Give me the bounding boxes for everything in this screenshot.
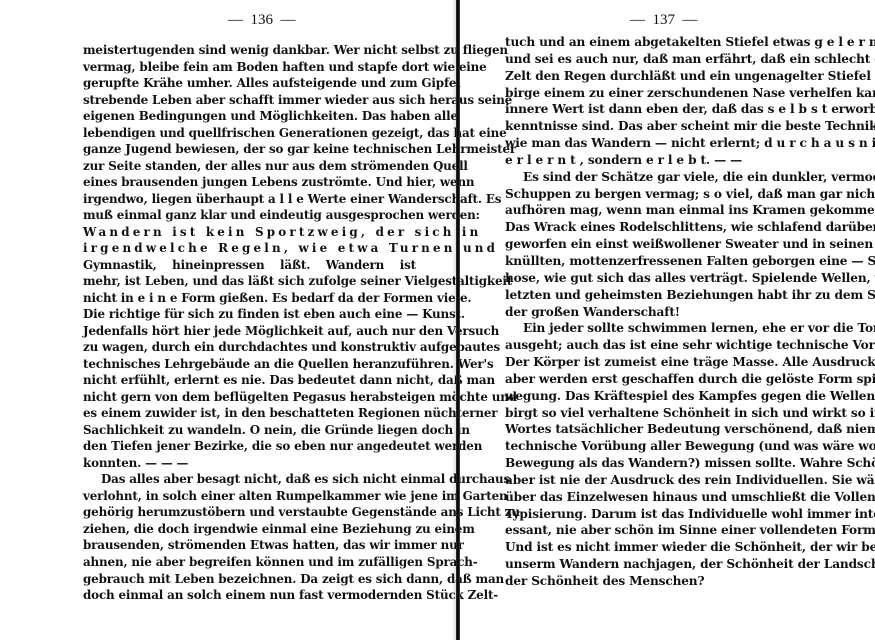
text-line: kenntnisse sind. Das aber scheint mir di… xyxy=(505,118,840,135)
text-line: nicht in e i n e Form gießen. Es bedarf … xyxy=(83,290,416,307)
text-line: brausenden, strömenden Etwas hatten, das… xyxy=(83,537,416,554)
text-line: aufhören mag, wenn man einmal ins Kramen… xyxy=(505,202,840,219)
text-line: Zelt den Regen durchläßt und ein ungenag… xyxy=(505,68,840,85)
text-line: Gymnastik, hineinpressen läßt. Wandern i… xyxy=(83,257,416,274)
text-line: ganze Jugend bewiesen, der so gar keine … xyxy=(83,141,416,158)
left-page-text: meistertugenden sind wenig dankbar. Wer … xyxy=(83,42,416,604)
book-gutter xyxy=(456,0,460,640)
text-line: knüllten, mottenzerfressenen Falten gebo… xyxy=(505,253,840,270)
text-line: konnten. — — — xyxy=(83,455,416,472)
text-line: Und ist es nicht immer wieder die Schönh… xyxy=(505,539,840,556)
text-line: zur Seite standen, der alles nur aus dem… xyxy=(83,158,416,175)
text-line: es einem zuwider ist, in den beschattete… xyxy=(83,405,416,422)
text-line: essant, nie aber schön im Sinne einer vo… xyxy=(505,522,840,539)
text-line: der großen Wanderschaft! xyxy=(505,304,840,321)
text-line: Schuppen zu bergen vermag; s o viel, daß… xyxy=(505,186,840,203)
text-line: nicht gern von dem beflügelten Pegasus h… xyxy=(83,389,416,406)
text-line: Das Wrack eines Rodelschlittens, wie sch… xyxy=(505,219,840,236)
text-line: über das Einzelwesen hinaus und umschlie… xyxy=(505,489,840,506)
text-line: Typisierung. Darum ist das Individuelle … xyxy=(505,506,840,523)
right-page: — 137 — tuch und an einem abgetakelten S… xyxy=(462,0,875,640)
text-line: letzten und geheimsten Beziehungen habt … xyxy=(505,287,840,304)
text-line: meistertugenden sind wenig dankbar. Wer … xyxy=(83,42,416,59)
text-line: nicht erfühlt, erlernt es nie. Das bedeu… xyxy=(83,372,416,389)
text-line: aber ist nie der Ausdruck des rein Indiv… xyxy=(505,472,840,489)
text-line: zu wagen, durch ein durchdachtes und kon… xyxy=(83,339,416,356)
text-line: den Tiefen jener Bezirke, die so eben nu… xyxy=(83,438,416,455)
text-line: Sachlichkeit zu wandeln. O nein, die Grü… xyxy=(83,422,416,439)
text-line: tuch und an einem abgetakelten Stiefel e… xyxy=(505,34,840,51)
text-line: Wandern ist kein Sportzweig, der sich in xyxy=(83,224,416,241)
text-line: mehr, ist Leben, und das läßt sich zufol… xyxy=(83,273,416,290)
text-line: wie man das Wandern — nicht erlernt; d u… xyxy=(505,135,840,152)
text-line: eines brausenden jungen Lebens zuströmte… xyxy=(83,174,416,191)
text-line: hose, wie gut sich das alles verträgt. S… xyxy=(505,270,840,287)
text-line: Jedenfalls hört hier jede Möglichkeit au… xyxy=(83,323,416,340)
text-line: Bewegung als das Wandern?) missen sollte… xyxy=(505,455,840,472)
text-line: aber werden erst geschaffen durch die ge… xyxy=(505,371,840,388)
text-line: eigenen Bedingungen und Möglichkeiten. D… xyxy=(83,108,416,125)
text-line: technische Vorübung aller Bewegung (und … xyxy=(505,438,840,455)
page-number-left: — 136 — xyxy=(228,12,296,29)
text-line: ahnen, nie aber begreifen können und im … xyxy=(83,554,416,571)
right-page-text: tuch und an einem abgetakelten Stiefel e… xyxy=(505,34,840,590)
text-line: gebrauch mit Leben bezeichnen. Da zeigt … xyxy=(83,571,416,588)
text-line: Es sind der Schätze gar viele, die ein d… xyxy=(505,169,840,186)
text-line: Ein jeder sollte schwimmen lernen, ehe e… xyxy=(505,320,840,337)
text-line: e r l e r n t , sondern e r l e b t. — — xyxy=(505,152,840,169)
text-line: ziehen, die doch irgendwie einmal eine B… xyxy=(83,521,416,538)
text-line: und sei es auch nur, daß man erfährt, da… xyxy=(505,51,840,68)
text-line: unserm Wandern nachjagen, der Schönheit … xyxy=(505,556,840,573)
text-line: geworfen ein einst weißwollener Sweater … xyxy=(505,236,840,253)
text-line: Die richtige für sich zu finden ist eben… xyxy=(83,306,416,323)
page-number-right: — 137 — xyxy=(630,12,698,29)
text-line: verlohnt, in solch einer alten Rumpelkam… xyxy=(83,488,416,505)
text-line: irgendwo, liegen überhaupt a l l e Werte… xyxy=(83,191,416,208)
text-line: gehörig herumzustöbern und verstaubte Ge… xyxy=(83,504,416,521)
left-page: — 136 — meistertugenden sind wenig dankb… xyxy=(0,0,456,640)
text-line: wegung. Das Kräftespiel des Kampfes gege… xyxy=(505,388,840,405)
text-line: vermag, bleibe fein am Boden haften und … xyxy=(83,59,416,76)
text-line: irgendwelche Regeln, wie etwa Turnen und xyxy=(83,240,416,257)
text-line: ausgeht; auch das ist eine sehr wichtige… xyxy=(505,337,840,354)
text-line: birgt so viel verhaltene Schönheit in si… xyxy=(505,405,840,422)
text-line: gerupfte Krähe umher. Alles aufsteigende… xyxy=(83,75,416,92)
text-line: birge einem zu einer zerschundenen Nase … xyxy=(505,85,840,102)
text-line: doch einmal an solch einem nun fast verm… xyxy=(83,587,416,604)
text-line: lebendigen und quellfrischen Generatione… xyxy=(83,125,416,142)
text-line: Der Körper ist zumeist eine träge Masse.… xyxy=(505,354,840,371)
text-line: der Schönheit des Menschen? xyxy=(505,573,840,590)
text-line: strebende Leben aber schafft immer wiede… xyxy=(83,92,416,109)
text-line: Das alles aber besagt nicht, daß es sich… xyxy=(83,471,416,488)
text-line: technisches Lehrgebäude an die Quellen h… xyxy=(83,356,416,373)
text-line: innere Wert ist dann eben der, daß das s… xyxy=(505,101,840,118)
text-line: muß einmal ganz klar und eindeutig ausge… xyxy=(83,207,416,224)
text-line: Wortes tatsächlicher Bedeutung verschöne… xyxy=(505,421,840,438)
